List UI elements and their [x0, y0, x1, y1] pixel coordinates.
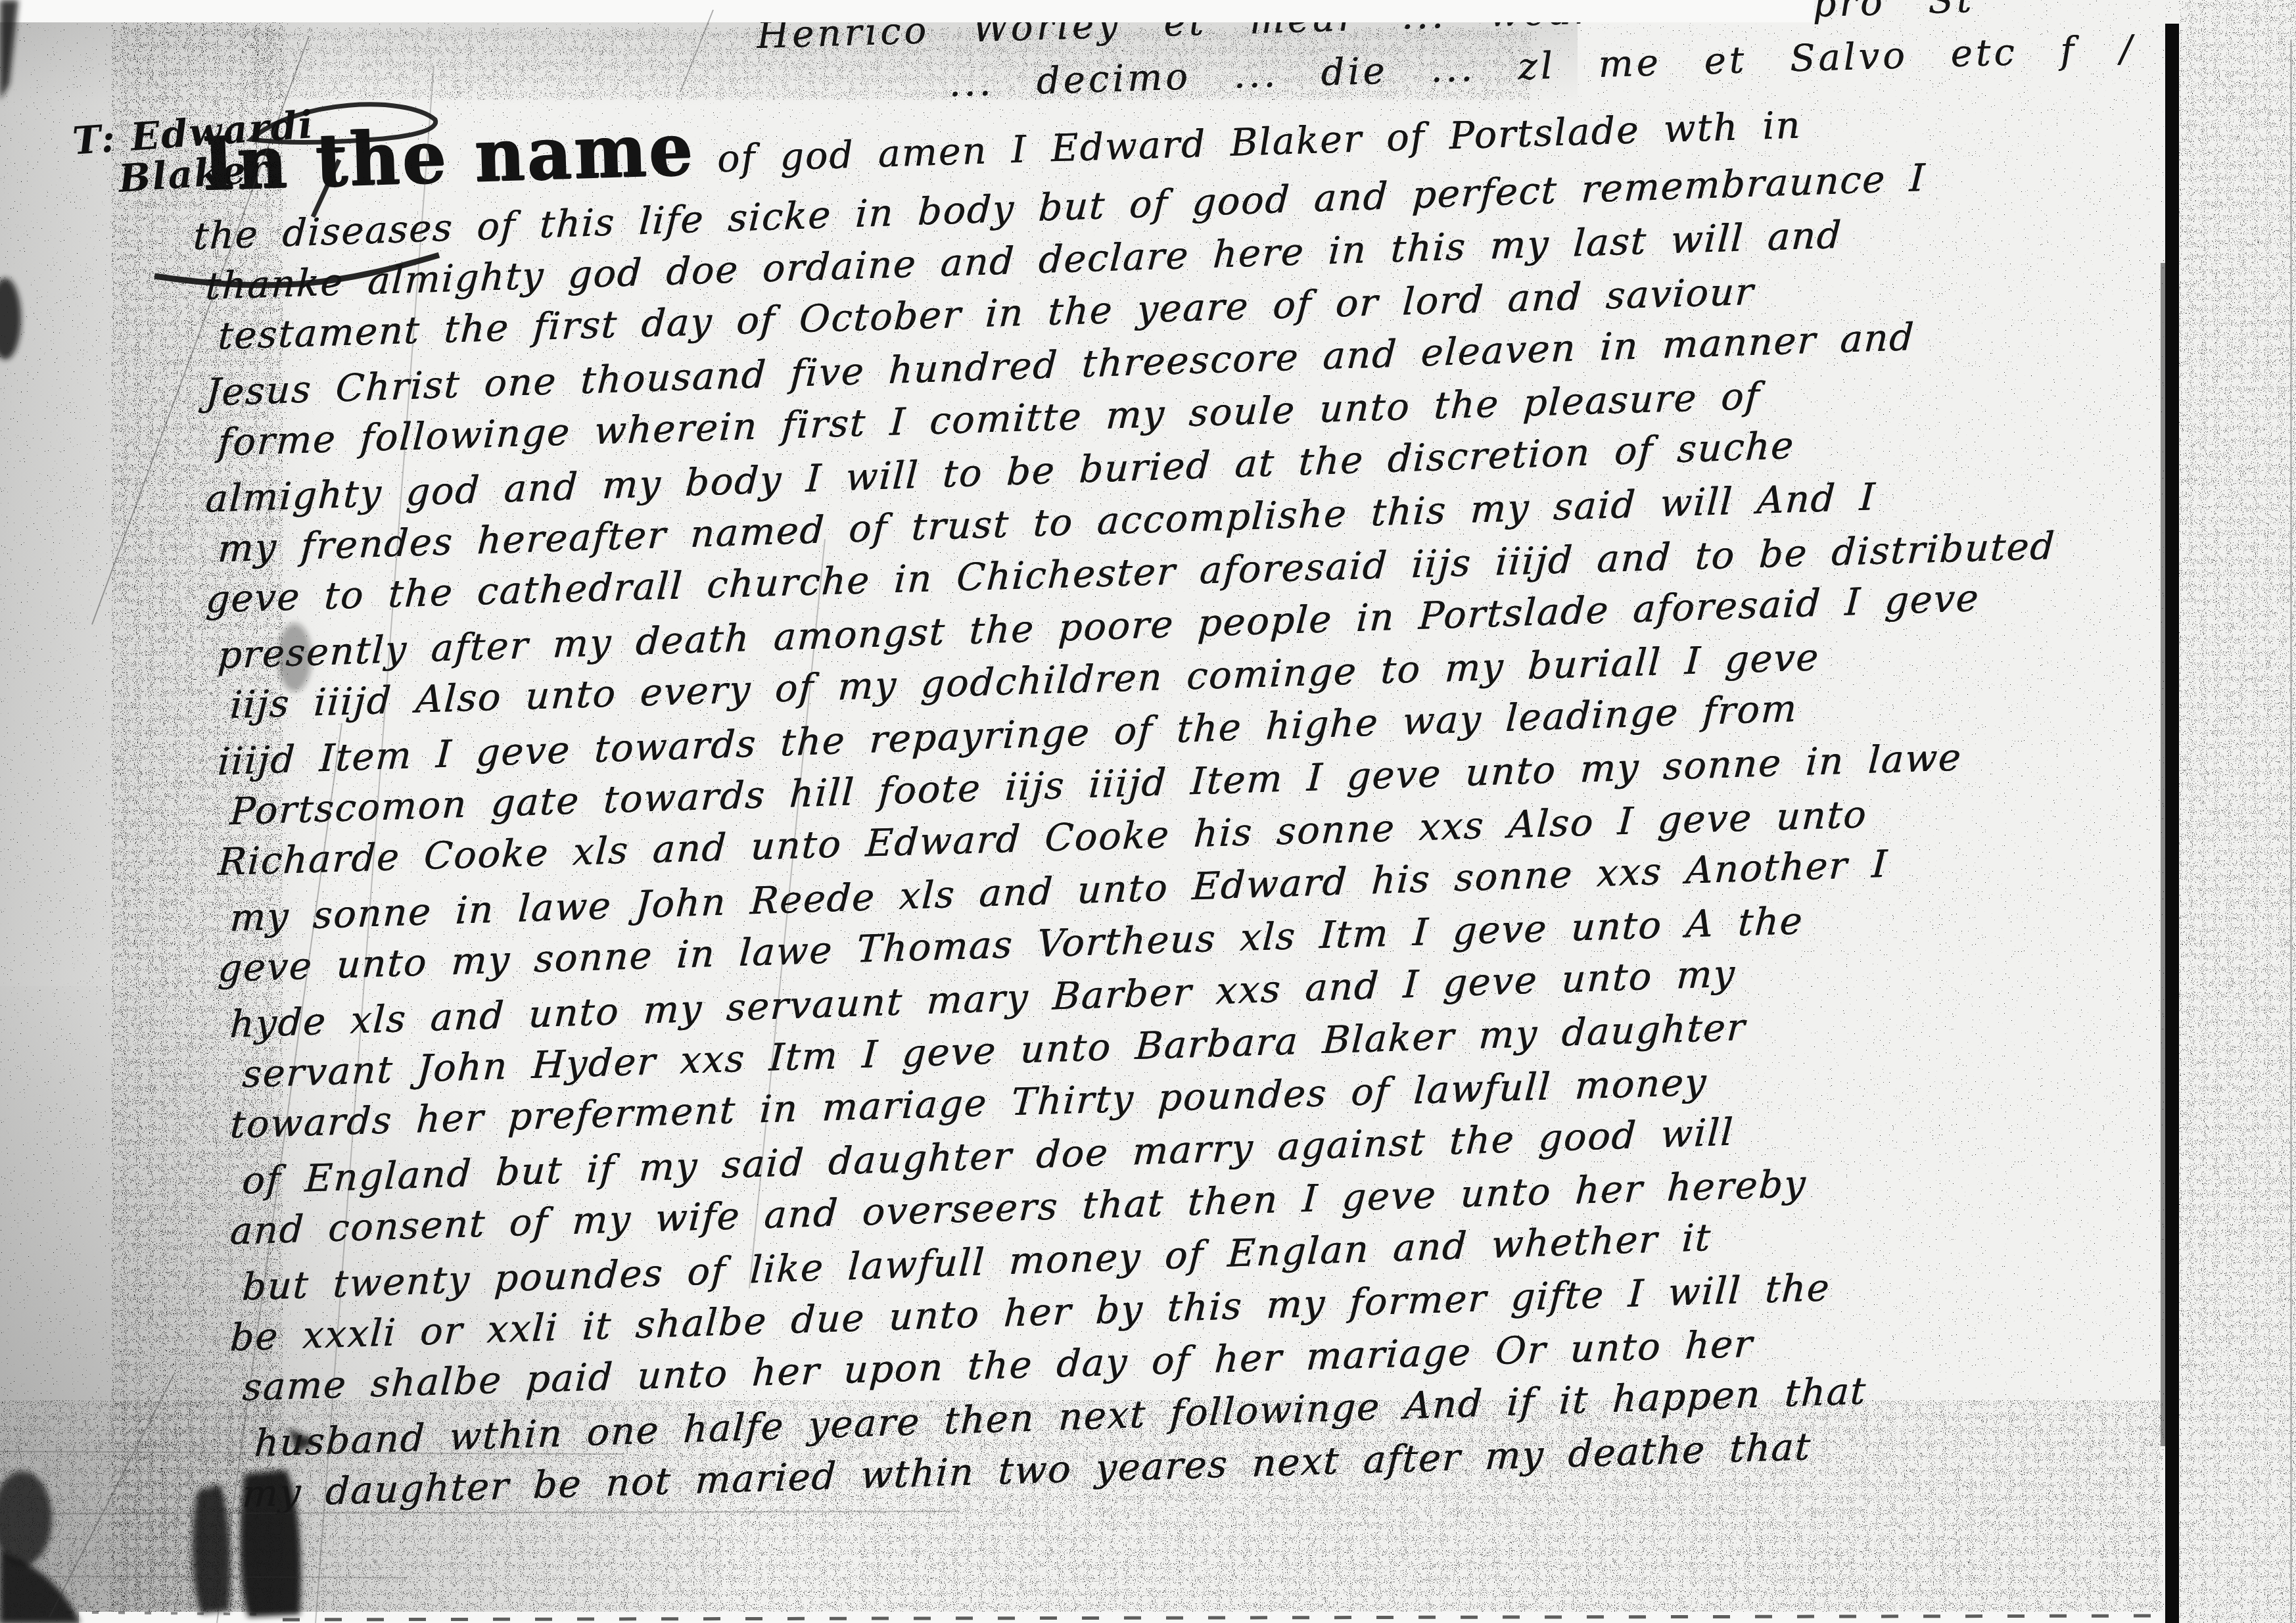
page-edge-line — [2290, 39, 2292, 1623]
scanned-manuscript-page: T: Edwardi Blaker Henrico Worley et mear… — [0, 0, 2296, 1623]
will-text-block: In the nameof god amen I Edward Blaker o… — [200, 61, 2235, 1522]
will-lines: the diseases of this life sicke in body … — [203, 145, 2235, 1522]
will-heading: In the name — [200, 105, 695, 207]
